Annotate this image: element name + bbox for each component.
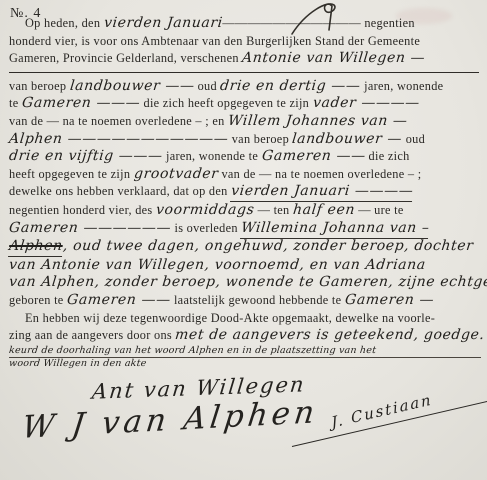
printed-form-text: oud: [402, 132, 425, 146]
handwritten-entry: vierden Januari: [103, 15, 224, 33]
handwritten-entry: Willem Johannes van —: [227, 113, 408, 131]
handwritten-entry: van Antonie van Willegen, voornoemd, en …: [8, 257, 427, 275]
printed-form-text: negentien: [364, 16, 415, 30]
handwritten-entry: Alphen: [8, 238, 63, 257]
printed-form-text: En hebben wij deze tegenwoordige Dood-Ak…: [25, 311, 435, 325]
printed-form-text: van beroep: [9, 79, 70, 93]
printed-form-text: — ure te: [355, 203, 404, 217]
printed-form-text: — ten: [254, 203, 293, 217]
printed-form-text: is overleden: [171, 221, 241, 235]
handwritten-entry: woord Willegen in den akte: [8, 358, 147, 370]
handwritten-entry: landbouwer ——: [69, 78, 195, 96]
printed-form-text: dewelke ons hebben verklaard, dat op den: [9, 184, 231, 198]
document-line: van Alphen, zonder beroep, wonende te Ga…: [9, 274, 481, 292]
handwritten-entry: Alphen ———————————: [8, 131, 229, 149]
printed-form-text: van de — na te noemen overledene – ;: [218, 167, 421, 181]
document-line: Gameren, Provincie Gelderland, verschene…: [9, 50, 481, 68]
document-line: negentien honderd vier, des voormiddags …: [9, 202, 481, 220]
printed-form-text: ———————————: [222, 16, 364, 30]
handwritten-entry: voormiddags: [155, 202, 255, 220]
printed-form-text: van de — na te noemen overledene – ; en: [9, 114, 228, 128]
handwritten-entry: drie en vijftig ———: [8, 148, 163, 166]
printed-form-text: die zich heeft opgegeven te zijn: [140, 96, 312, 110]
handwritten-entry: Gameren ——: [66, 292, 172, 310]
document-line: dewelke ons hebben verklaard, dat op den…: [9, 183, 481, 202]
printed-form-text: te: [9, 96, 22, 110]
document-line: drie en vijftig ——— jaren, wonende te Ga…: [9, 148, 481, 166]
document-line: honderd vier, is voor ons Ambtenaar van …: [9, 33, 481, 51]
handwritten-entry: half een: [292, 202, 356, 220]
printed-form-text: negentien honderd vier, des: [9, 203, 156, 217]
printed-form-text: heeft opgegeven te zijn: [9, 167, 134, 181]
document-line: van beroep landbouwer —— oud drie en der…: [9, 78, 481, 96]
handwritten-entry: , oud twee dagen, ongehuwd, zonder beroe…: [62, 238, 474, 256]
document-line: keurd de doorhaling van het woord Alphen…: [9, 345, 481, 359]
handwritten-entry: Gameren —: [344, 292, 435, 310]
document-line: Gameren —————— is overleden Willemina Jo…: [9, 220, 481, 239]
handwritten-entry: Gameren ———: [21, 95, 141, 113]
handwritten-entry: Antonie van Willegen —: [241, 50, 426, 68]
handwritten-entry: Gameren ——: [261, 148, 367, 166]
document-line: heeft opgegeven te zijn grootvader van d…: [9, 166, 481, 184]
printed-form-text: zing aan de aangevers door ons: [9, 328, 175, 342]
document-line: Op heden, den vierden Januari ——————————…: [9, 15, 481, 33]
signature-declarant-grandfather: W J van Alphen: [20, 394, 320, 446]
handwritten-entry: landbouwer —: [291, 131, 403, 149]
printed-form-text: Gameren, Provincie Gelderland, verschene…: [9, 51, 242, 65]
document-line: te Gameren ——— die zich heeft opgegeven …: [9, 95, 481, 113]
document-line: van Antonie van Willegen, voornoemd, en …: [9, 257, 481, 275]
printed-form-text: jaren, wonende: [361, 79, 444, 93]
handwritten-entry: vader ————: [312, 95, 421, 113]
document-body-text: Op heden, den vierden Januari ——————————…: [9, 15, 481, 371]
printed-form-text: geboren te: [9, 293, 67, 307]
document-line: En hebben wij deze tegenwoordige Dood-Ak…: [9, 310, 481, 328]
printed-form-text: honderd vier, is voor ons Ambtenaar van …: [9, 34, 420, 48]
printed-form-text: oud: [194, 79, 220, 93]
printed-form-text: laatstelijk gewoond hebbende te: [171, 293, 345, 307]
document-line: geboren te Gameren —— laatstelijk gewoon…: [9, 292, 481, 310]
document-line: Alphen, oud twee dagen, ongehuwd, zonder…: [9, 238, 481, 257]
printed-form-text: die zich: [365, 149, 409, 163]
printed-form-text: Op heden, den: [25, 16, 104, 30]
section-divider-rule: [9, 72, 479, 73]
handwritten-entry: keurd de doorhaling van het woord Alphen…: [8, 345, 376, 357]
document-line: woord Willegen in den akte: [9, 358, 481, 371]
handwritten-entry: Willemina Johanna van –: [240, 220, 430, 239]
document-line: Alphen ——————————— van beroep landbouwer…: [9, 131, 481, 149]
document-line: van de — na te noemen overledene – ; en …: [9, 113, 481, 131]
handwritten-entry: drie en dertig ——: [219, 78, 361, 96]
handwritten-entry: van Alphen, zonder beroep, wonende te Ga…: [8, 274, 487, 292]
handwritten-entry: vierden Januari ————: [230, 183, 414, 202]
printed-form-text: van beroep: [228, 132, 292, 146]
document-line: zing aan de aangevers door ons met de aa…: [9, 327, 481, 345]
printed-form-text: jaren, wonende te: [163, 149, 262, 163]
handwritten-entry: grootvader: [133, 166, 219, 184]
death-certificate-document: №. 4 Op heden, den vierden Januari —————…: [0, 0, 487, 480]
handwritten-entry: Gameren ——————: [8, 220, 172, 238]
handwritten-entry: met de aangevers is geteekend, goedge.: [174, 327, 485, 345]
